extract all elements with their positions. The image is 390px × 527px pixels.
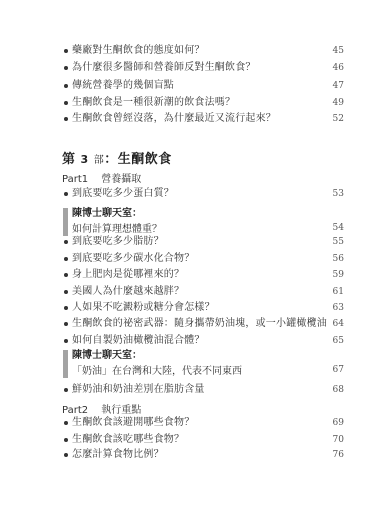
toc-entry-title: 到底要吃多少脂肪？ — [72, 234, 344, 250]
toc-entry-page: 52 — [333, 111, 344, 127]
heading-title: ：生酮飲食 — [104, 152, 172, 167]
toc-entry-page: 67 — [333, 365, 344, 375]
bullet-icon — [64, 192, 68, 196]
bullet-icon — [64, 49, 68, 53]
toc-entry-page: 76 — [333, 447, 344, 463]
bullet-icon — [64, 438, 68, 442]
toc-entry-page: 54 — [333, 223, 344, 233]
toc-entry[interactable]: 生酮飲食該避開哪些食物？ 69 — [62, 415, 344, 431]
toc-entry-title: 生酮飲食該避開哪些食物？ — [72, 415, 344, 431]
toc-entry-title: 藥廠對生酮飲食的態度如何？ — [72, 43, 344, 59]
toc-entry-page: 49 — [333, 95, 344, 111]
toc-entry-title: 怎麼計算食物比例？ — [72, 447, 344, 463]
toc-entry-title: 如何自製奶油橄欖油混合體？ — [72, 333, 344, 349]
toc-entry[interactable]: 鮮奶油和奶油差別在脂肪含量 68 — [62, 382, 344, 398]
toc-entry-title: 生酮飲食是一種很新潮的飲食法嗎？ — [72, 95, 344, 111]
part-title: 營養攝取 — [101, 174, 141, 185]
sidebar-box-entry[interactable]: 陳博士聊天室： 如何計算理想體重？ 54 — [62, 207, 344, 237]
toc-entry-title: 到底要吃多少碳水化合物？ — [72, 251, 344, 267]
toc-entry-title: 鮮奶油和奶油差別在脂肪含量 — [72, 382, 344, 398]
toc-entry-page: 55 — [333, 234, 344, 250]
toc-entry-title: 人如果不吃澱粉或糖分會怎樣？ — [72, 300, 344, 316]
toc-entry[interactable]: 人如果不吃澱粉或糖分會怎樣？ 63 — [62, 300, 344, 316]
toc-entry[interactable]: 到底要吃多少碳水化合物？ 56 — [62, 251, 344, 267]
toc-entry[interactable]: 身上肥肉是從哪裡來的？ 59 — [62, 267, 344, 283]
sidebar-box-entry[interactable]: 陳博士聊天室： 「奶油」在台灣和大陸，代表不同東西 67 — [62, 349, 344, 379]
bullet-icon — [64, 66, 68, 70]
toc-entry-page: 53 — [333, 186, 344, 202]
bullet-icon — [64, 290, 68, 294]
toc-entry-page: 61 — [333, 284, 344, 300]
toc-entry-title: 美國人為什麼越來越胖？ — [72, 284, 344, 300]
bullet-icon — [64, 306, 68, 310]
part-heading: Part1 營養攝取 — [62, 170, 141, 185]
toc-entry-page: 69 — [333, 415, 344, 431]
toc-entry-page: 68 — [333, 382, 344, 398]
toc-entry[interactable]: 怎麼計算食物比例？ 76 — [62, 447, 344, 463]
toc-entry[interactable]: 傳統營養學的幾個盲點 47 — [62, 78, 344, 94]
part-heading: Part2 執行重點 — [62, 401, 141, 416]
toc-entry[interactable]: 生酮飲食是一種很新潮的飲食法嗎？ 49 — [62, 95, 344, 111]
toc-entry[interactable]: 藥廠對生酮飲食的態度如何？ 45 — [62, 43, 344, 59]
toc-entry[interactable]: 如何自製奶油橄欖油混合體？ 65 — [62, 333, 344, 349]
sidebar-box-title: 陳博士聊天室： — [72, 349, 142, 363]
sidebar-box-title: 陳博士聊天室： — [72, 207, 142, 221]
toc-entry-title: 生酮飲食的祕密武器：隨身攜帶奶油塊，或一小罐橄欖油 — [72, 316, 344, 332]
toc-entry-page: 46 — [333, 60, 344, 76]
heading-number: 3 — [81, 153, 89, 166]
toc-entry-page: 59 — [333, 267, 344, 283]
toc-entry-title: 到底要吃多少蛋白質？ — [72, 186, 344, 202]
toc-entry-title: 傳統營養學的幾個盲點 — [72, 78, 344, 94]
toc-entry-page: 45 — [333, 43, 344, 59]
bullet-icon — [64, 421, 68, 425]
toc-page: 藥廠對生酮飲食的態度如何？ 45 為什麼很多醫師和營養師反對生酮飲食？ 46 傳… — [0, 0, 390, 527]
part-label: Part1 — [62, 174, 88, 185]
toc-entry[interactable]: 生酮飲食曾經沒落，為什麼最近又流行起來？ 52 — [62, 111, 344, 127]
toc-entry[interactable]: 到底要吃多少蛋白質？ 53 — [62, 186, 344, 202]
bullet-icon — [64, 257, 68, 261]
heading-prefix: 第 — [62, 152, 76, 167]
toc-entry-page: 65 — [333, 333, 344, 349]
toc-entry[interactable]: 為什麼很多醫師和營養師反對生酮飲食？ 46 — [62, 60, 344, 76]
toc-entry-page: 64 — [333, 316, 344, 332]
bullet-icon — [64, 453, 68, 457]
toc-entry-page: 70 — [333, 432, 344, 448]
toc-entry[interactable]: 生酮飲食該吃哪些食物？ 70 — [62, 432, 344, 448]
bullet-icon — [64, 322, 68, 326]
toc-entry[interactable]: 生酮飲食的祕密武器：隨身攜帶奶油塊，或一小罐橄欖油 64 — [62, 316, 344, 332]
bullet-icon — [64, 84, 68, 88]
bullet-icon — [64, 101, 68, 105]
sidebar-box-subtitle: 「奶油」在台灣和大陸，代表不同東西 — [72, 364, 242, 379]
toc-entry-page: 63 — [333, 300, 344, 316]
toc-entry-title: 為什麼很多醫師和營養師反對生酮飲食？ — [72, 60, 344, 76]
section-heading: 第 3 部：生酮飲食 — [62, 148, 172, 167]
bullet-icon — [64, 240, 68, 244]
heading-bu: 部 — [94, 155, 105, 166]
sidebar-bar — [63, 350, 68, 378]
toc-entry[interactable]: 美國人為什麼越來越胖？ 61 — [62, 284, 344, 300]
toc-entry-page: 56 — [333, 251, 344, 267]
bullet-icon — [64, 117, 68, 121]
bullet-icon — [64, 388, 68, 392]
toc-entry-title: 生酮飲食曾經沒落，為什麼最近又流行起來？ — [72, 111, 344, 127]
sidebar-bar — [63, 208, 68, 236]
toc-entry-page: 47 — [333, 78, 344, 94]
toc-entry-title: 生酮飲食該吃哪些食物？ — [72, 432, 344, 448]
bullet-icon — [64, 339, 68, 343]
toc-entry-title: 身上肥肉是從哪裡來的？ — [72, 267, 344, 283]
toc-entry[interactable]: 到底要吃多少脂肪？ 55 — [62, 234, 344, 250]
bullet-icon — [64, 273, 68, 277]
